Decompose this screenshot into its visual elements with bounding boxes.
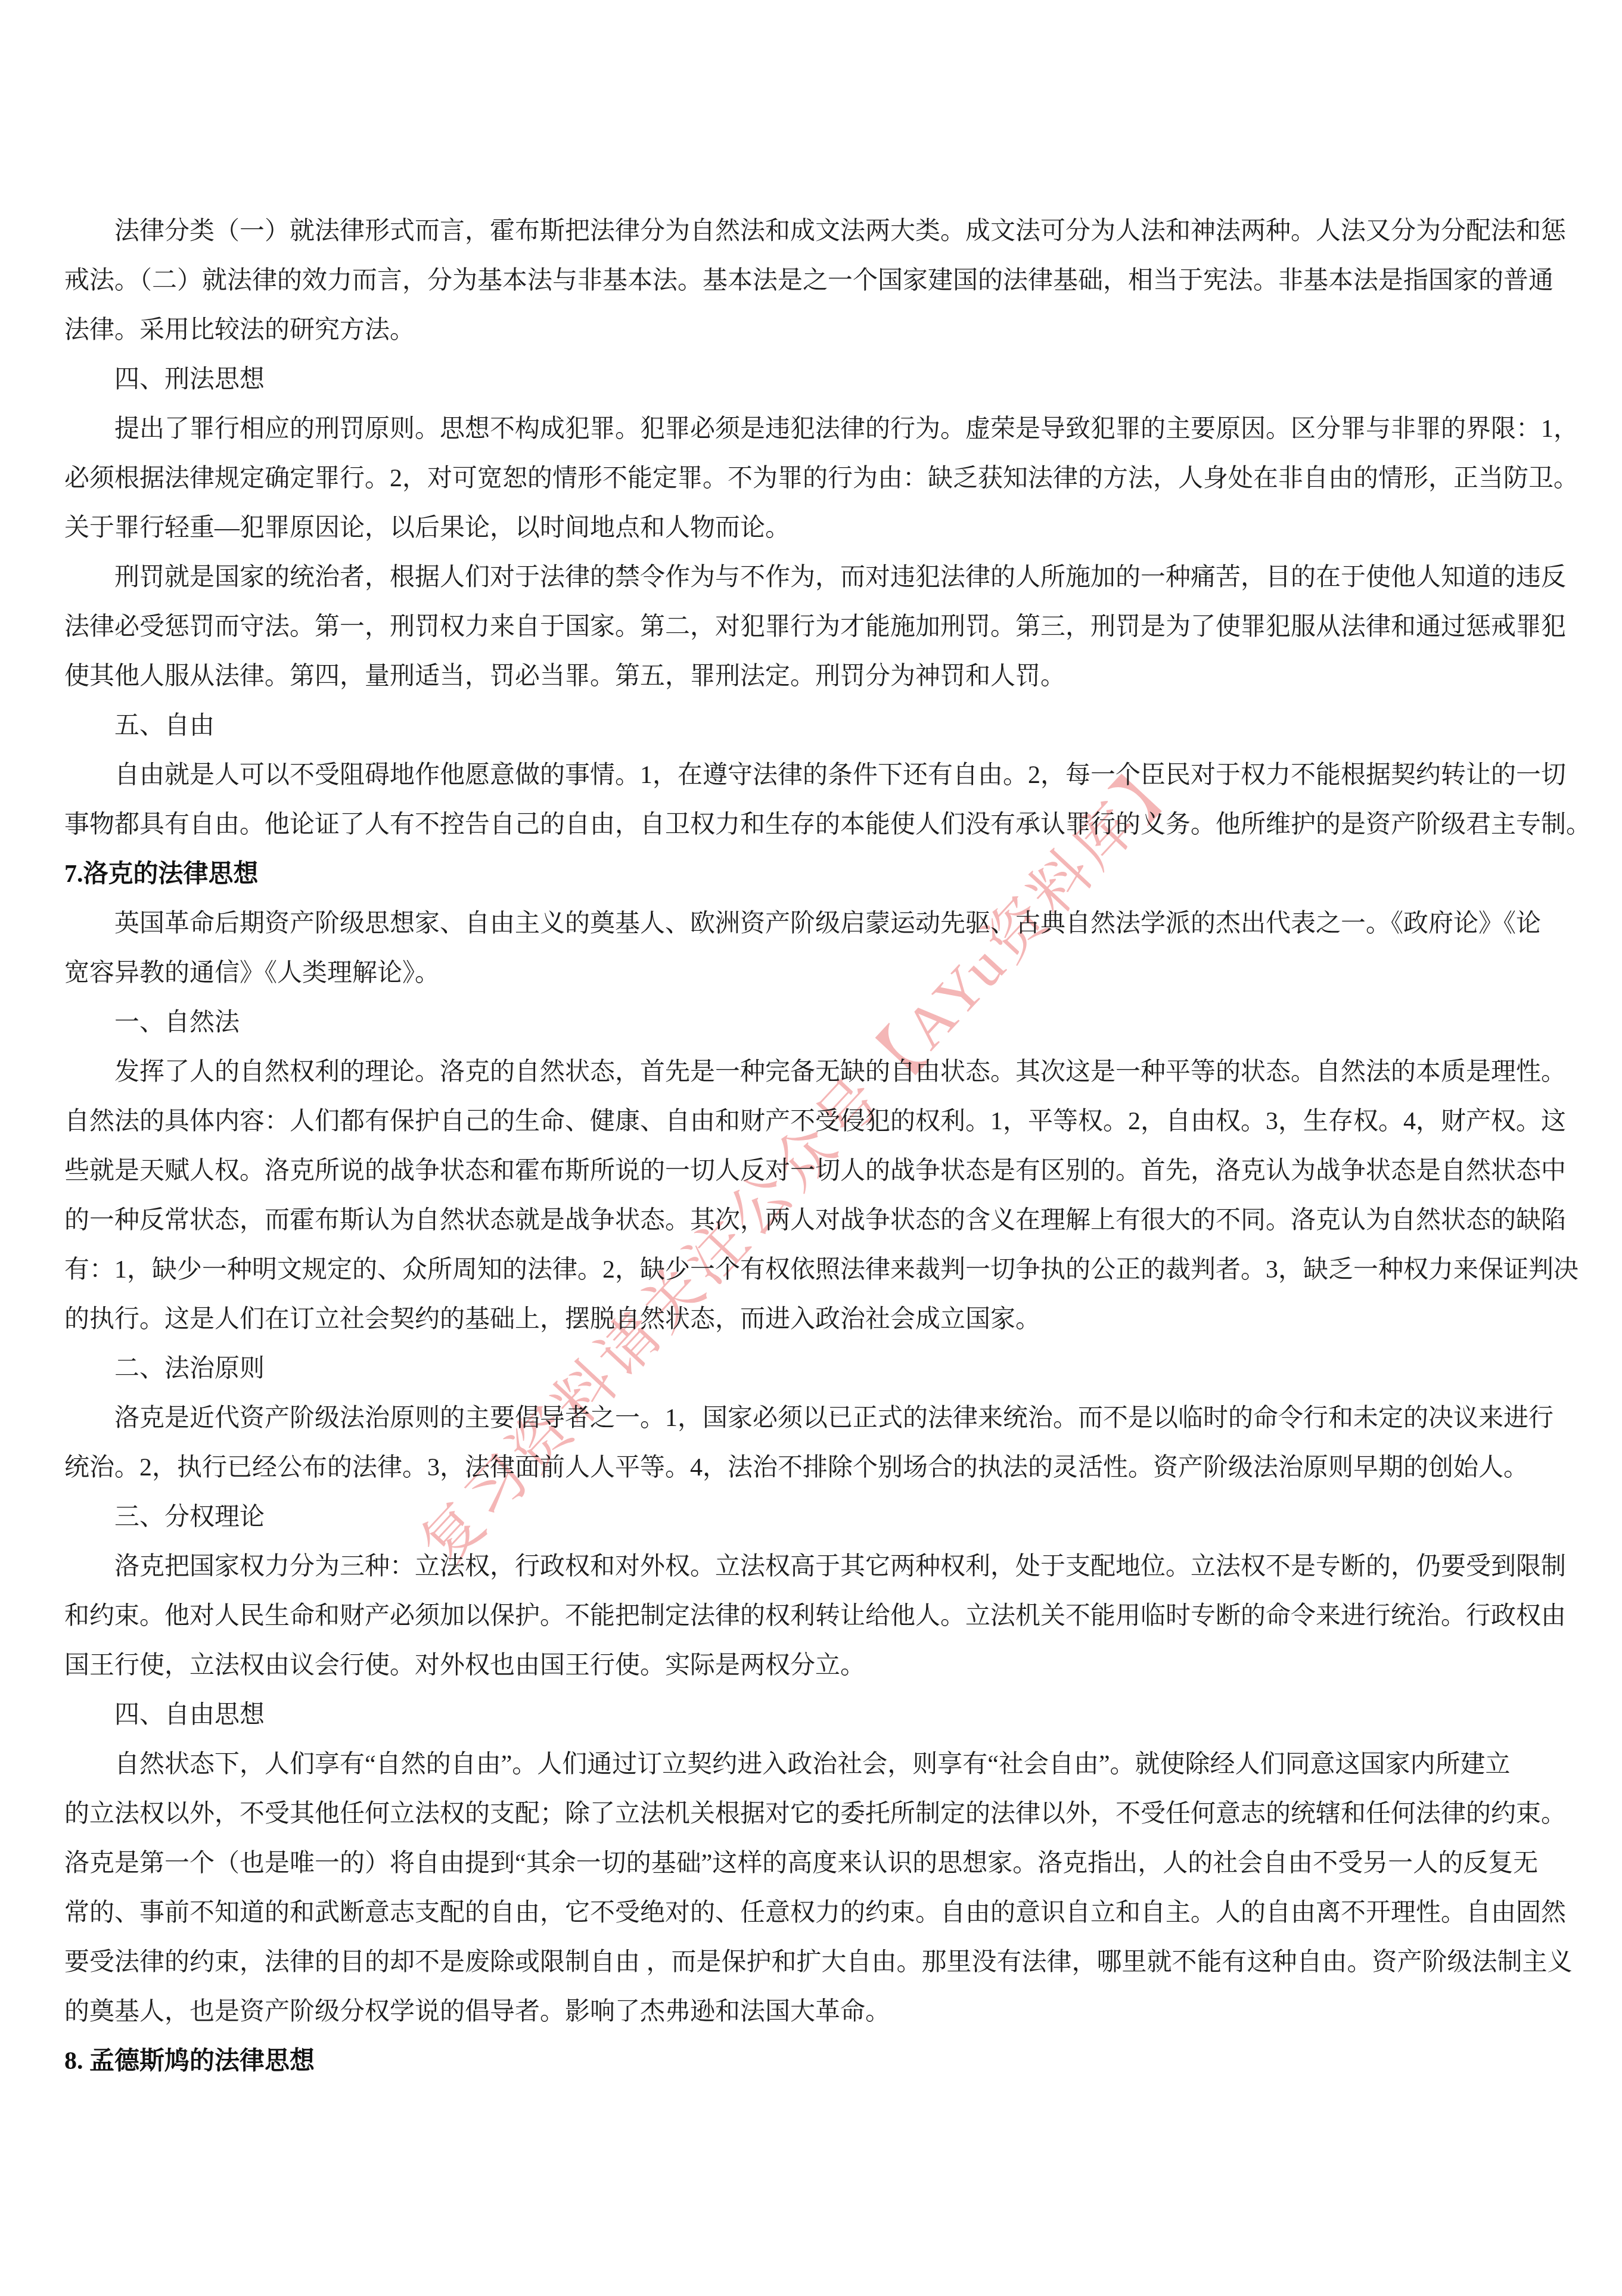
text-line: 常的、事前不知道的和武断意志支配的自由，它不受绝对的、任意权力的约束。自由的意识… (64, 1888, 1561, 1938)
text-line: 必须根据法律规定确定罪行。2，对可宽恕的情形不能定罪。不为罪的行为由：缺乏获知法… (64, 454, 1561, 504)
text-line: 戒法。（二）就法律的效力而言，分为基本法与非基本法。基本法是之一个国家建国的法律… (64, 256, 1561, 306)
section-heading: 一、自然法 (64, 998, 1561, 1048)
text-line: 的执行。这是人们在订立社会契约的基础上，摆脱自然状态，而进入政治社会成立国家。 (64, 1295, 1561, 1344)
text-line: 和约束。他对人民生命和财产必须加以保护。不能把制定法律的权利转让给他人。立法机关… (64, 1592, 1561, 1641)
text-line: 发挥了人的自然权利的理论。洛克的自然状态，首先是一种完备无缺的自由状态。其次这是… (64, 1048, 1561, 1097)
text-line: 法律分类（一）就法律形式而言，霍布斯把法律分为自然法和成文法两大类。成文法可分为… (64, 207, 1561, 256)
text-line: 宽容异教的通信》《人类理解论》。 (64, 949, 1561, 998)
text-line: 关于罪行轻重—犯罪原因论，以后果论，以时间地点和人物而论。 (64, 504, 1561, 553)
text-line: 的奠基人，也是资产阶级分权学说的倡导者。影响了杰弗逊和法国大革命。 (64, 1987, 1561, 2037)
text-line: 法律。采用比较法的研究方法。 (64, 306, 1561, 355)
document-page: 复习资料请关注公众号【AYu资料库】 法律分类（一）就法律形式而言，霍布斯把法律… (0, 0, 1622, 2296)
section-heading: 四、刑法思想 (64, 355, 1561, 405)
text-line: 洛克是近代资产阶级法治原则的主要倡导者之一。1，国家必须以已正式的法律来统治。而… (64, 1394, 1561, 1443)
text-line: 国王行使，立法权由议会行使。对外权也由国王行使。实际是两权分立。 (64, 1641, 1561, 1691)
chapter-heading: 8. 孟德斯鸠的法律思想 (64, 2037, 1561, 2086)
section-heading: 三、分权理论 (64, 1493, 1561, 1542)
text-line: 法律必受惩罚而守法。第一，刑罚权力来自于国家。第二，对犯罪行为才能施加刑罚。第三… (64, 602, 1561, 652)
text-line: 的立法权以外，不受其他任何立法权的支配；除了立法机关根据对它的委托所制定的法律以… (64, 1789, 1561, 1839)
text-line: 刑罚就是国家的统治者，根据人们对于法律的禁令作为与不作为，而对违犯法律的人所施加… (64, 553, 1561, 602)
text-line: 些就是天赋人权。洛克所说的战争状态和霍布斯所说的一切人反对一切人的战争状态是有区… (64, 1147, 1561, 1196)
text-line: 自然状态下，人们享有“自然的自由”。人们通过订立契约进入政治社会，则享有“社会自… (64, 1740, 1561, 1789)
text-line: 洛克是第一个（也是唯一的）将自由提到“其余一切的基础”这样的高度来认识的思想家。… (64, 1839, 1561, 1888)
text-line: 使其他人服从法律。第四，量刑适当，罚必当罪。第五，罪刑法定。刑罚分为神罚和人罚。 (64, 652, 1561, 701)
section-heading: 四、自由思想 (64, 1691, 1561, 1740)
text-line: 自由就是人可以不受阻碍地作他愿意做的事情。1，在遵守法律的条件下还有自由。2，每… (64, 751, 1561, 800)
text-line: 洛克把国家权力分为三种：立法权，行政权和对外权。立法权高于其它两种权利，处于支配… (64, 1542, 1561, 1592)
text-line: 统治。2，执行已经公布的法律。3，法律面前人人平等。4，法治不排除个别场合的执法… (64, 1443, 1561, 1493)
text-line: 要受法律的约束，法律的目的却不是废除或限制自由 ，而是保护和扩大自由。那里没有法… (64, 1938, 1561, 1987)
chapter-heading: 7.洛克的法律思想 (64, 850, 1561, 899)
text-line: 自然法的具体内容：人们都有保护自己的生命、健康、自由和财产不受侵犯的权利。1，平… (64, 1097, 1561, 1147)
section-heading: 二、法治原则 (64, 1344, 1561, 1394)
section-heading: 五、自由 (64, 701, 1561, 751)
text-line: 有：1，缺少一种明文规定的、众所周知的法律。2，缺少一个有权依照法律来裁判一切争… (64, 1245, 1561, 1295)
text-line: 英国革命后期资产阶级思想家、自由主义的奠基人、欧洲资产阶级启蒙运动先驱、古典自然… (64, 899, 1561, 949)
document-content: 法律分类（一）就法律形式而言，霍布斯把法律分为自然法和成文法两大类。成文法可分为… (64, 207, 1561, 2086)
text-line: 事物都具有自由。他论证了人有不控告自己的自由，自卫权力和生存的本能使人们没有承认… (64, 800, 1561, 850)
text-line: 提出了罪行相应的刑罚原则。思想不构成犯罪。犯罪必须是违犯法律的行为。虚荣是导致犯… (64, 405, 1561, 454)
text-line: 的一种反常状态，而霍布斯认为自然状态就是战争状态。其次，两人对战争状态的含义在理… (64, 1196, 1561, 1245)
